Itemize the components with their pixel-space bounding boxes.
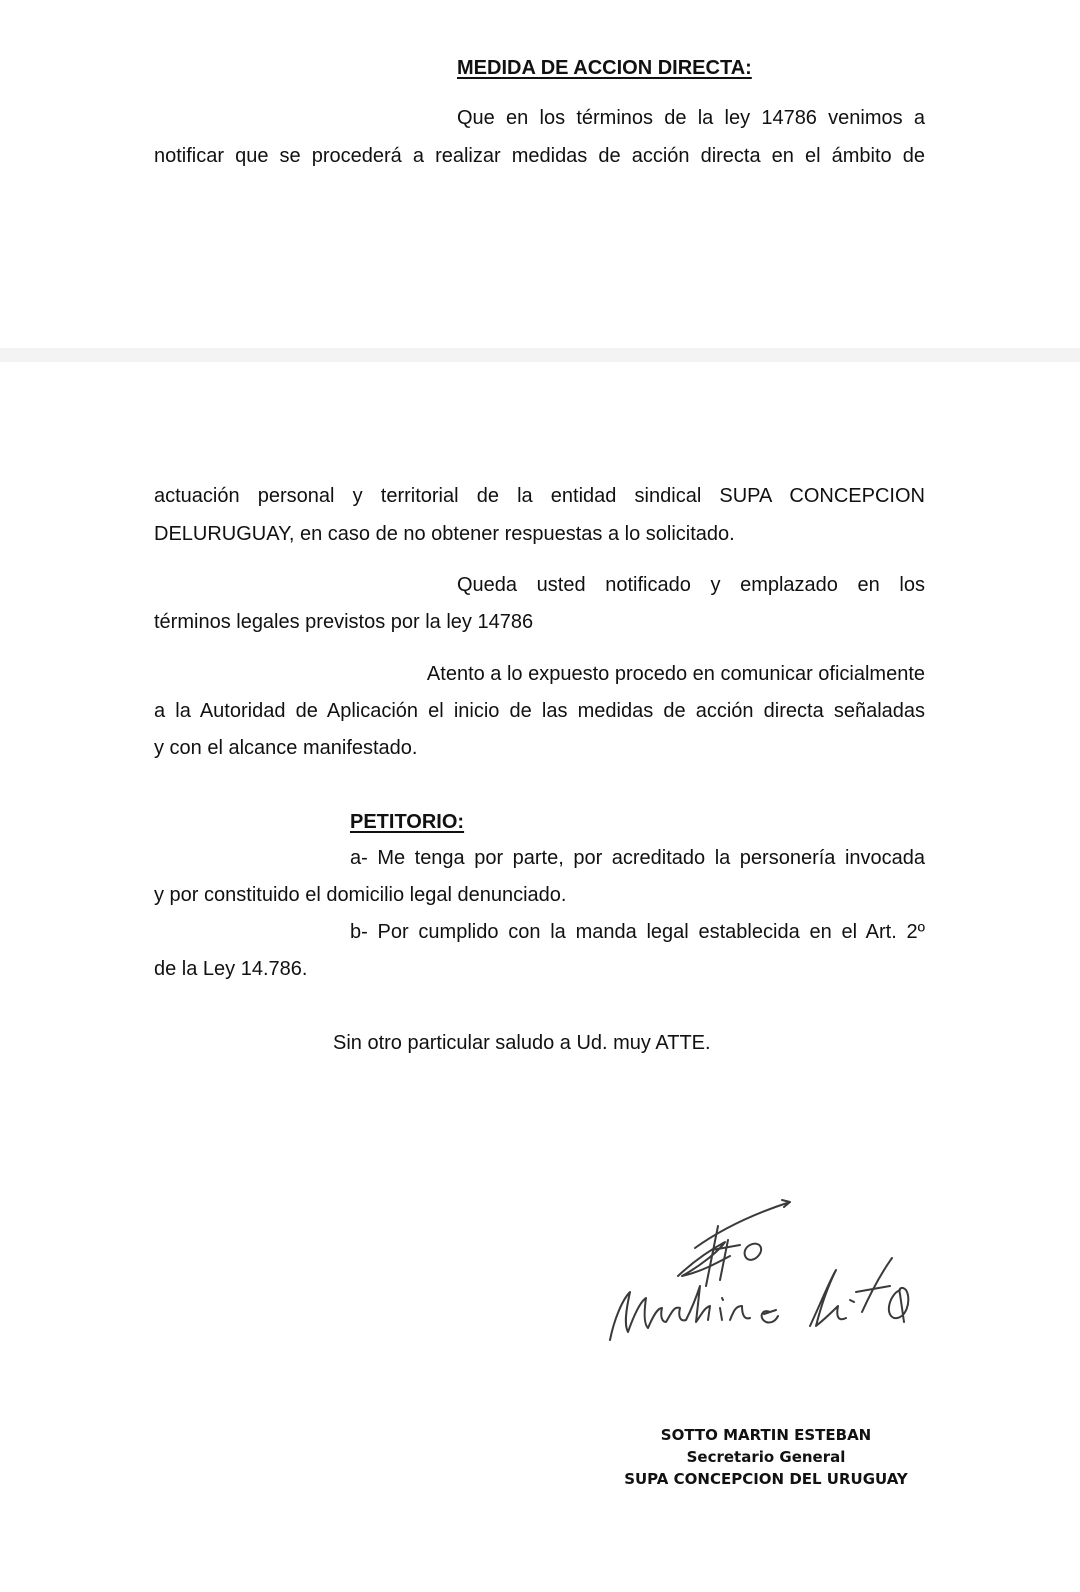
paragraph1-line2: notificar que se procederá a realizar me… bbox=[154, 144, 925, 168]
signatory-block: SOTTO MARTIN ESTEBAN Secretario General … bbox=[606, 1424, 926, 1490]
paragraph1-line1: Que en los términos de la ley 14786 veni… bbox=[457, 106, 925, 130]
page-break-divider bbox=[0, 348, 1080, 362]
petitorio-item-b-line1: b- Por cumplido con la manda legal estab… bbox=[350, 920, 925, 944]
paragraph1-line4: DELURUGUAY, en caso de no obtener respue… bbox=[154, 522, 735, 546]
closing-salutation: Sin otro particular saludo a Ud. muy ATT… bbox=[333, 1031, 711, 1055]
paragraph1-line3: actuación personal y territorial de la e… bbox=[154, 484, 925, 508]
paragraph3-line1: Atento a lo expuesto procedo en comunica… bbox=[387, 662, 925, 686]
petitorio-item-b-line2: de la Ley 14.786. bbox=[154, 957, 307, 981]
petitorio-item-a-line2: y por constituido el domicilio legal den… bbox=[154, 883, 566, 907]
signatory-name: SOTTO MARTIN ESTEBAN bbox=[606, 1424, 926, 1446]
paragraph2-line1: Queda usted notificado y emplazado en lo… bbox=[457, 573, 925, 597]
paragraph2-line2: términos legales previstos por la ley 14… bbox=[154, 610, 533, 634]
petitorio-item-a-line1: a- Me tenga por parte, por acreditado la… bbox=[350, 846, 925, 870]
page-top-section: MEDIDA DE ACCION DIRECTA: Que en los tér… bbox=[0, 0, 1080, 348]
petitorio-heading: PETITORIO: bbox=[350, 810, 464, 834]
signatory-title: Secretario General bbox=[606, 1446, 926, 1468]
document-heading: MEDIDA DE ACCION DIRECTA: bbox=[457, 56, 752, 80]
paragraph3-line3: y con el alcance manifestado. bbox=[154, 736, 418, 760]
handwritten-signature-icon bbox=[600, 1190, 930, 1350]
signatory-organization: SUPA CONCEPCION DEL URUGUAY bbox=[606, 1468, 926, 1490]
paragraph3-line2: a la Autoridad de Aplicación el inicio d… bbox=[154, 699, 925, 723]
